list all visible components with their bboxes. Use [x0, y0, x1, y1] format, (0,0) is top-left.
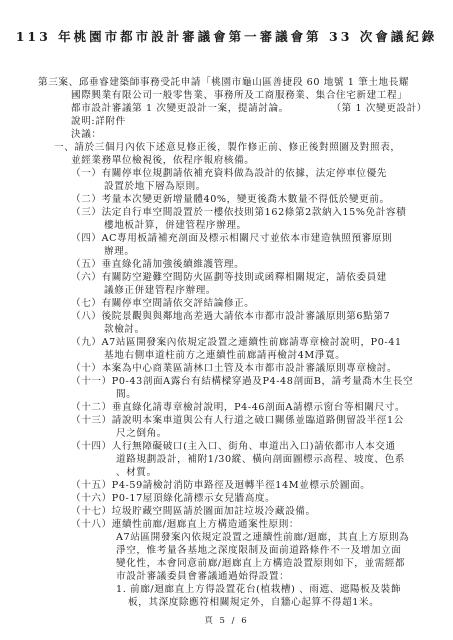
line-text: 變化性，本會同意前廊/迴廊直上方構造設置原則如下，並需經都 — [116, 558, 405, 569]
line-text: 第三案、邱垂睿建築師事務受託申請「桃園市龜山區善捷段 60 地號 1 筆土地長耀 — [38, 77, 409, 88]
document-line: （一）有關停車位規劃請依補充資料做為設計的依據，法定停車位優先 — [0, 167, 453, 180]
line-text: 市設計審議委員會審議通過始得設置： — [116, 571, 289, 582]
line-text: 國際興業有限公司一般零售業、事務所及工商服務業、集合住宅新建工程」 — [71, 90, 407, 101]
document-line: （十）本案為中心商業區請林口土管及本市都市設計審議原則專章檢討。 — [0, 362, 453, 375]
line-text: 、材質。 — [116, 467, 157, 478]
document-line: 決議： — [0, 128, 453, 141]
line-text: （十六）P0-17屋頂綠化請標示女兒牆高度。 — [71, 493, 275, 504]
line-text: 淨空，惟考量各基地之深度限制及面前道路條件不一及增加立面 — [116, 545, 401, 556]
right-aligned-note: （第 1 次變更設計） — [331, 102, 427, 115]
document-line: （八）後院景觀與與鄰地高差過大請依本市都市設計審議原則第6點第7 — [0, 310, 453, 323]
document-line: 款檢討。 — [0, 323, 453, 336]
document-line: 樓地板計算，併建管程序辦理。 — [0, 219, 453, 232]
line-text: （十八）連續性前廊/迴廊直上方構造通案性原則： — [71, 519, 299, 530]
document-line: 基地右側車道柱前方之連續性前廊請再檢討4M淨寬。 — [0, 349, 453, 362]
line-text: （五）垂直綠化請加強後續維護管理。 — [71, 259, 244, 270]
line-text: （一）有關停車位規劃請依補充資料做為設計的依據，法定停車位優先 — [71, 168, 387, 179]
document-line: 1. 前廊/迴廊直上方得設置花台(植栽槽) 、雨遮、遮陽板及裝飾 — [0, 583, 453, 596]
document-line: 、材質。 — [0, 466, 453, 479]
document-line: （四）AC專用板請補充剖面及標示相關尺寸並依本市建造執照預審原則 — [0, 232, 453, 245]
document-line: 尺之倒角。 — [0, 427, 453, 440]
page-number: 頁 5 / 6 — [0, 614, 453, 626]
document-line: 議修正併建管程序辦理。 — [0, 284, 453, 297]
document-line: 並經業務單位檢視後，依程序報府核備。 — [0, 154, 453, 167]
line-text: （二）考量本次變更新增量體40%，變更後喬木數量不得低於變更前。 — [71, 194, 390, 205]
line-text: 辦理。 — [104, 246, 135, 257]
line-text: A7站區開發案內依規定設置之連續性前廊/迴廊，其直上方原則為 — [116, 532, 409, 543]
line-text: 說明:詳附件 — [71, 116, 126, 127]
document-line: 都市設計審議第 1 次變更設計一案，提請討論。（第 1 次變更設計） — [0, 102, 453, 115]
line-text: （六）有關防空避難空間防火區劃等技則或函釋相關規定，請依委員建 — [71, 272, 387, 283]
document-line: A7站區開發案內依規定設置之連續性前廊/迴廊，其直上方原則為 — [0, 531, 453, 544]
line-text: 一、請於三個月內依下述意見修正後，製作修正前、修正後對照圖及對照表， — [54, 142, 401, 153]
line-text: （十四）人行無障礙破口(主入口、街角、車道出入口)請依都市人本交通 — [71, 441, 396, 452]
document-line: （十七）垃圾貯藏空間區請於圖面加註垃圾冷藏設備。 — [0, 505, 453, 518]
document-line: （九）A7站區開發案內依規定設置之連續性前廊請專章檢討說明，P0-41 — [0, 336, 453, 349]
line-text: 1. 前廊/迴廊直上方得設置花台(植栽槽) 、雨遮、遮陽板及裝飾 — [116, 584, 401, 595]
document-line: （七）有關停車空間請依交評結論修正。 — [0, 297, 453, 310]
line-text: （十七）垃圾貯藏空間區請於圖面加註垃圾冷藏設備。 — [71, 506, 316, 517]
document-line: 一、請於三個月內依下述意見修正後，製作修正前、修正後對照圖及對照表， — [0, 141, 453, 154]
line-text: 間。 — [116, 389, 136, 400]
document-line: 變化性，本會同意前廊/迴廊直上方構造設置原則如下，並需經都 — [0, 557, 453, 570]
document-line: 辦理。 — [0, 245, 453, 258]
document-line: （六）有關防空避難空間防火區劃等技則或函釋相關規定，請依委員建 — [0, 271, 453, 284]
line-text: 樓地板計算，併建管程序辦理。 — [104, 220, 247, 231]
document-line: 設置於地下層為原則。 — [0, 180, 453, 193]
line-text: （十）本案為中心商業區請林口土管及本市都市設計審議原則專章檢討。 — [71, 363, 397, 374]
document-line: （五）垂直綠化請加強後續維護管理。 — [0, 258, 453, 271]
line-text: 議修正併建管程序辦理。 — [104, 285, 216, 296]
document-line: 國際興業有限公司一般零售業、事務所及工商服務業、集合住宅新建工程」 — [0, 89, 453, 102]
line-text: 尺之倒角。 — [116, 428, 167, 439]
document-line: （十三）請說明本案車道與公有人行道之破口關係並臨道路側留設半徑1公 — [0, 414, 453, 427]
line-text: 款檢討。 — [104, 324, 145, 335]
page-title: 113 年桃園市都市設計審議會第一審議會第 33 次會議紀錄 — [0, 0, 453, 45]
document-line: （十六）P0-17屋頂綠化請標示女兒牆高度。 — [0, 492, 453, 505]
line-text: （四）AC專用板請補充剖面及標示相關尺寸並依本市建造執照預審原則 — [71, 233, 392, 244]
document-line: 說明:詳附件 — [0, 115, 453, 128]
document-line: 道路規劃設計，補附1/30縱、橫向剖面圖標示高程、坡度、色系 — [0, 453, 453, 466]
line-text: （十一）P0-43剖面A露台有結構樑穿過及P4-48剖面B，請考量喬木生長空 — [71, 376, 413, 387]
document-body: 第三案、邱垂睿建築師事務受託申請「桃園市龜山區善捷段 60 地號 1 筆土地長耀… — [0, 76, 453, 609]
document-line: （三）法定自行車空間設置於一樓依技則第162條第2款納入15%免計容積 — [0, 206, 453, 219]
line-text: （七）有關停車空間請依交評結論修正。 — [71, 298, 255, 309]
document-line: （十五）P4-59請檢討消防車路徑及迴轉半徑14M並標示於圖面。 — [0, 479, 453, 492]
line-text: 決議： — [71, 129, 102, 140]
document-line: 淨空，惟考量各基地之深度限制及面前道路條件不一及增加立面 — [0, 544, 453, 557]
line-text: 板，其深度除應符相關規定外，自牆心起算不得超1米。 — [128, 597, 379, 608]
document-line: （十二）垂直綠化請專章檢討說明，P4-46剖面A請標示窗台等相關尺寸。 — [0, 401, 453, 414]
document-line: 市設計審議委員會審議通過始得設置： — [0, 570, 453, 583]
line-text: 並經業務單位檢視後，依程序報府核備。 — [71, 155, 255, 166]
document-line: （二）考量本次變更新增量體40%，變更後喬木數量不得低於變更前。 — [0, 193, 453, 206]
document-page: 113 年桃園市都市設計審議會第一審議會第 33 次會議紀錄 第三案、邱垂睿建築… — [0, 0, 453, 640]
document-line: 第三案、邱垂睿建築師事務受託申請「桃園市龜山區善捷段 60 地號 1 筆土地長耀 — [0, 76, 453, 89]
line-text: （十五）P4-59請檢討消防車路徑及迴轉半徑14M並標示於圖面。 — [71, 480, 371, 491]
line-text: （十三）請說明本案車道與公有人行道之破口關係並臨道路側留設半徑1公 — [71, 415, 404, 426]
line-text: 都市設計審議第 1 次變更設計一案，提請討論。 — [71, 103, 289, 114]
line-text: （八）後院景觀與與鄰地高差過大請依本市都市設計審議原則第6點第7 — [71, 311, 390, 322]
line-text: 道路規劃設計，補附1/30縱、橫向剖面圖標示高程、坡度、色系 — [116, 454, 405, 465]
line-text: （十二）垂直綠化請專章檢討說明，P4-46剖面A請標示窗台等相關尺寸。 — [71, 402, 405, 413]
line-text: （九）A7站區開發案內依規定設置之連續性前廊請專章檢討說明，P0-41 — [71, 337, 402, 348]
line-text: （三）法定自行車空間設置於一樓依技則第162條第2款納入15%免計容積 — [71, 207, 406, 218]
document-line: （十一）P0-43剖面A露台有結構樑穿過及P4-48剖面B，請考量喬木生長空 — [0, 375, 453, 388]
document-line: （十八）連續性前廊/迴廊直上方構造通案性原則： — [0, 518, 453, 531]
document-line: （十四）人行無障礙破口(主入口、街角、車道出入口)請依都市人本交通 — [0, 440, 453, 453]
line-text: 設置於地下層為原則。 — [104, 181, 206, 192]
document-line: 間。 — [0, 388, 453, 401]
document-line: 板，其深度除應符相關規定外，自牆心起算不得超1米。 — [0, 596, 453, 609]
line-text: 基地右側車道柱前方之連續性前廊請再檢討4M淨寬。 — [104, 350, 345, 361]
